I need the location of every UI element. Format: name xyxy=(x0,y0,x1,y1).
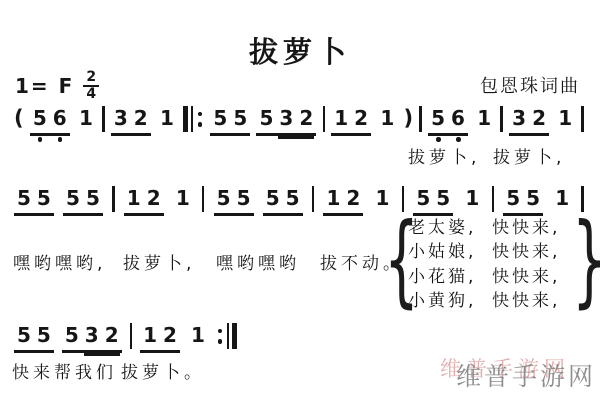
note: 5 xyxy=(523,186,543,210)
lyric-line3-part2: 拔萝卜。 xyxy=(121,358,205,383)
barline-stroke xyxy=(323,106,326,132)
note: 1 xyxy=(377,106,397,130)
verse-right-brace: } xyxy=(572,210,600,310)
beam-group: 56 xyxy=(428,106,468,136)
beam-group: 12 xyxy=(323,186,363,216)
barline-stroke xyxy=(112,186,115,212)
lyric-line3-part1: 快来帮我们 xyxy=(12,358,117,383)
note: 5 xyxy=(256,106,276,130)
note: 5 xyxy=(214,186,234,210)
note: 2 xyxy=(529,106,549,130)
beam-group: 32 xyxy=(509,106,549,136)
barline-stroke xyxy=(419,106,422,132)
note: 3 xyxy=(509,106,529,130)
note: 1 xyxy=(555,106,575,130)
repeat-dot xyxy=(198,112,203,117)
beam-group: 55 xyxy=(503,186,543,216)
note: 5 xyxy=(63,186,83,210)
note: 2 xyxy=(144,186,164,210)
barline xyxy=(323,106,326,132)
note: 1 xyxy=(76,106,96,130)
verse-name: 小姑娘, xyxy=(408,237,492,262)
close-paren: ) xyxy=(404,106,414,131)
barline-stroke xyxy=(581,106,584,132)
barline-stroke xyxy=(191,106,194,132)
barline-stroke xyxy=(202,186,205,212)
verse-name: 老太婆, xyxy=(408,213,492,238)
repeat-dot xyxy=(218,339,223,344)
repeat-end-barline xyxy=(216,323,237,349)
verse-call: 快快来, xyxy=(492,237,560,262)
lyric-line1-part1: 拔萝卜, xyxy=(408,143,480,168)
note: 2 xyxy=(296,106,316,130)
note: 5 xyxy=(14,186,34,210)
note: 2 xyxy=(343,186,363,210)
sheet-music-page: 拔萝卜 1= F 2 4 包恩珠词曲 (56132155532121)56132… xyxy=(0,0,600,393)
beam-group: 55 xyxy=(413,186,453,216)
time-signature: 2 4 xyxy=(83,70,99,101)
barline-stroke xyxy=(130,323,133,349)
note-low-octave: 5 xyxy=(428,106,448,130)
note: 5 xyxy=(34,186,54,210)
barline-stroke xyxy=(312,186,315,212)
barline xyxy=(312,186,315,212)
note: 2 xyxy=(351,106,371,130)
note: 5 xyxy=(14,323,34,347)
note: 1 xyxy=(462,186,482,210)
note: 1 xyxy=(157,106,177,130)
lyric-line2-part1: 嘿哟嘿哟, xyxy=(13,249,106,274)
note: 5 xyxy=(62,323,82,347)
barline xyxy=(112,186,115,212)
key-time-signature: 1= F 2 4 xyxy=(15,70,99,101)
repeat-dot xyxy=(198,122,203,127)
sixteenth-beam-group: 32 xyxy=(276,106,316,130)
verse-block: 老太婆, 快快来, 小姑娘, 快快来, 小花猫, 快快来, 小黄狗, 快快来, xyxy=(408,213,560,311)
verse-name: 小黄狗, xyxy=(408,286,492,311)
key-signature: 1= F xyxy=(15,74,74,98)
barline xyxy=(500,106,503,132)
note: 1 xyxy=(140,323,160,347)
note: 2 xyxy=(131,106,151,130)
note: 3 xyxy=(82,323,102,347)
beam-group: 32 xyxy=(111,106,151,136)
barline xyxy=(102,106,105,132)
note-low-octave: 5 xyxy=(30,106,50,130)
barline-stroke xyxy=(227,323,230,349)
beam-group: 12 xyxy=(140,323,180,353)
beam-group: 532 xyxy=(256,106,316,136)
verse-row: 小姑娘, 快快来, xyxy=(408,238,560,263)
note: 2 xyxy=(160,323,180,347)
time-signature-denominator: 4 xyxy=(83,87,99,101)
notation-row-3: 55532121 xyxy=(14,323,237,353)
lyric-line1-part2: 拔萝卜, xyxy=(493,143,565,168)
verse-row: 小花猫, 快快来, xyxy=(408,262,560,287)
barline-thick-stroke xyxy=(232,323,237,349)
verse-call: 快快来, xyxy=(492,286,560,311)
note-low-octave: 6 xyxy=(50,106,70,130)
note: 3 xyxy=(276,106,296,130)
note: 5 xyxy=(263,186,283,210)
beam-group: 12 xyxy=(124,186,164,216)
beam-group: 532 xyxy=(62,323,122,353)
note: 1 xyxy=(188,323,208,347)
note: 1 xyxy=(124,186,144,210)
barline-stroke xyxy=(500,106,503,132)
lyric-line2-part3: 嘿哟嘿哟 xyxy=(216,249,300,274)
song-title: 拔萝卜 xyxy=(0,30,600,71)
verse-row: 小黄狗, 快快来, xyxy=(408,287,560,312)
composer-credit: 包恩珠词曲 xyxy=(480,72,580,98)
note: 5 xyxy=(234,186,254,210)
verse-call: 快快来, xyxy=(492,213,560,238)
note: 5 xyxy=(83,186,103,210)
open-paren: ( xyxy=(14,106,24,131)
barline-stroke xyxy=(102,106,105,132)
note: 5 xyxy=(433,186,453,210)
verse-name: 小花猫, xyxy=(408,262,492,287)
note: 1 xyxy=(173,186,193,210)
note: 5 xyxy=(230,106,250,130)
beam-group: 55 xyxy=(263,186,303,216)
lyric-line2-part2: 拔萝卜, xyxy=(123,249,195,274)
note: 1 xyxy=(552,186,572,210)
barline xyxy=(419,106,422,132)
verse-call: 快快来, xyxy=(492,262,560,287)
barline xyxy=(581,106,584,132)
note-low-octave: 6 xyxy=(448,106,468,130)
barline xyxy=(492,186,495,212)
note: 1 xyxy=(474,106,494,130)
repeat-dots xyxy=(198,106,203,132)
beam-group: 55 xyxy=(14,186,54,216)
barline xyxy=(130,323,133,349)
barline-thick-stroke xyxy=(183,106,188,132)
note: 5 xyxy=(503,186,523,210)
note: 5 xyxy=(283,186,303,210)
barline-stroke xyxy=(492,186,495,212)
note: 5 xyxy=(210,106,230,130)
beam-group: 12 xyxy=(331,106,371,136)
repeat-dot xyxy=(218,329,223,334)
note: 3 xyxy=(111,106,131,130)
beam-group: 55 xyxy=(14,323,54,353)
note: 1 xyxy=(323,186,343,210)
notation-row-2: 55551215555121551551 xyxy=(14,186,584,216)
site-watermark: 维普手游网 xyxy=(456,357,596,393)
repeat-begin-barline xyxy=(183,106,204,132)
barline xyxy=(202,186,205,212)
beam-group: 56 xyxy=(30,106,70,136)
verse-row: 老太婆, 快快来, xyxy=(408,213,560,238)
note: 1 xyxy=(331,106,351,130)
note: 5 xyxy=(34,323,54,347)
notation-row-1: (56132155532121)561321 xyxy=(14,106,584,136)
beam-group: 55 xyxy=(63,186,103,216)
repeat-dots xyxy=(218,323,223,349)
beam-group: 55 xyxy=(214,186,254,216)
sixteenth-beam-group: 32 xyxy=(82,323,122,347)
time-signature-numerator: 2 xyxy=(83,70,99,87)
beam-group: 55 xyxy=(210,106,250,136)
note: 2 xyxy=(102,323,122,347)
